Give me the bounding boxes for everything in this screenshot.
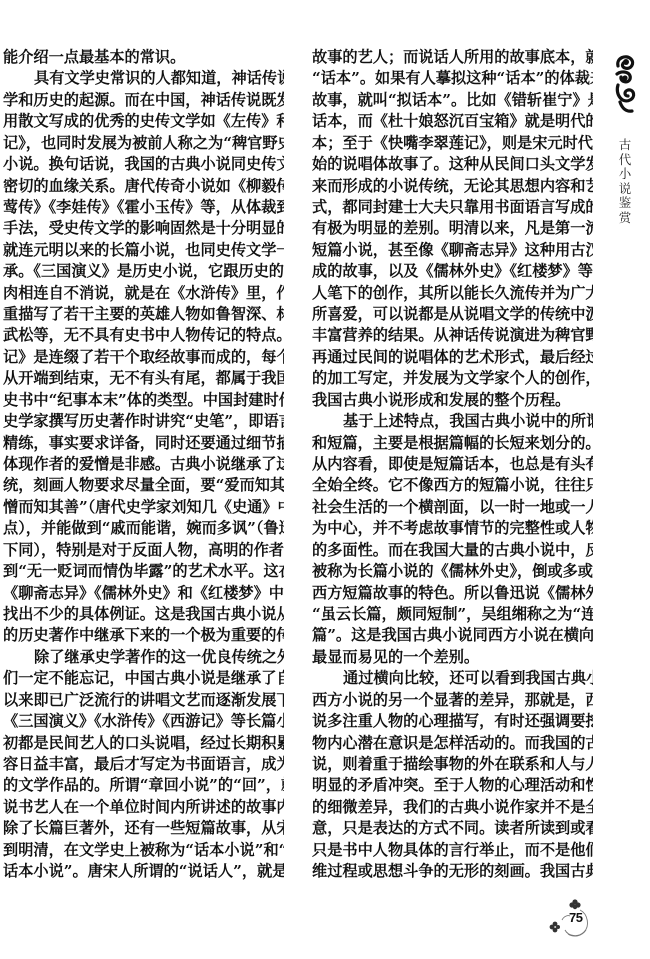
text-line: 们一定不能忘记，中国古典小说是继承了自唐宋 bbox=[3, 668, 284, 689]
page-number-ornament: 75 bbox=[548, 898, 598, 940]
text-line: 式，都同封建士大夫只靠用书面语言写成的作品 bbox=[312, 197, 593, 218]
text-line: 找出不少的具体例证。这是我国古典小说从优秀 bbox=[3, 604, 284, 625]
text-line: 莺传》《李娃传》《霍小玉传》等，从体裁到表现 bbox=[3, 197, 284, 218]
text-line: 本；至于《快嘴李翠莲记》，则是宋元时代比较原 bbox=[312, 133, 593, 154]
text-line: 下同），特别是对于反面人物，高明的作者更要达 bbox=[3, 540, 284, 561]
text-line: 有极为明显的差别。明清以来，凡是第一流的长 bbox=[312, 218, 593, 239]
text-line: 容日益丰富，最后才写定为书面语言，成为杰出 bbox=[3, 754, 284, 775]
text-line: 到“无一贬词而情伪毕露”的艺术水平。这在 bbox=[3, 561, 284, 582]
text-line: 西方短篇故事的特色。所以鲁迅说《儒林外史》 bbox=[312, 583, 593, 604]
text-line: 除了继承史学著作的这一优良传统之外，我 bbox=[3, 647, 284, 668]
text-line: 憎而知其善”（唐代史学家刘知几《史通》中的观 bbox=[3, 497, 284, 518]
text-line: 所喜爱，可以说都是从说唱文学的传统中汲取了 bbox=[312, 304, 593, 325]
text-line: 社会生活的一个横剖面，以一时一地或一人一事 bbox=[312, 497, 593, 518]
text-line: 以来即已广泛流行的讲唱文艺而逐渐发展下来的。 bbox=[3, 690, 284, 711]
text-line: 具有文学史常识的人都知道，神话传说是文 bbox=[3, 68, 284, 89]
text-line: 丰富营养的结果。从神话传说演进为稗官野史， bbox=[312, 325, 593, 346]
text-line: 说，则着重于描绘事物的外在联系和人与人比较 bbox=[312, 754, 593, 775]
scroll-ornament-icon bbox=[612, 52, 638, 114]
text-line: 西方小说的另一个显著的差异，那就是，西方小 bbox=[312, 690, 593, 711]
text-line: 的历史著作中继承下来的一个极为重要的传统。 bbox=[3, 625, 284, 646]
text-line: 话本小说”。唐宋人所谓的“说话人”，就是指讲 bbox=[3, 861, 284, 882]
text-line: 体现作者的爱憎是非感。古典小说继承了这一传 bbox=[3, 454, 284, 475]
text-line: 篇”。这是我国古典小说同西方小说在横向比较时 bbox=[312, 625, 593, 646]
text-line: 除了长篇巨著外，还有一些短篇故事，从宋元直 bbox=[3, 818, 284, 839]
text-line: 物内心潜在意识是怎样活动的。而我国的古典小 bbox=[312, 733, 593, 754]
text-line: 的细微差异，我们的古典小说作家并不是全不注 bbox=[312, 797, 593, 818]
text-line: 基于上述特点，我国古典小说中的所谓长篇 bbox=[312, 411, 593, 432]
text-line: 说书艺人在一个单位时间内所讲述的故事内容。 bbox=[3, 797, 284, 818]
text-line: 只是书中人物具体的言行举止，而不是他们的思 bbox=[312, 840, 593, 861]
text-line: 初都是民间艺人的口头说唱，经过长期积累而内 bbox=[3, 733, 284, 754]
text-line: 从开端到结束，无不有头有尾，都属于我国传统 bbox=[3, 368, 284, 389]
text-line: 最显而易见的一个差别。 bbox=[312, 647, 593, 668]
text-line: 的加工写定，并发展为文学家个人的创作，就是 bbox=[312, 368, 593, 389]
text-line: 武松等，无不具有史书中人物传记的特点。《西游 bbox=[3, 325, 284, 346]
text-line: 小说。换句话说，我国的古典小说同史传文学有 bbox=[3, 154, 284, 175]
text-line: 承。《三国演义》是历史小说，它跟历史的关系血 bbox=[3, 261, 284, 282]
text-line: 统，刻画人物要求尽量全面，要“爱而知其恶， bbox=[3, 475, 284, 496]
text-line: 通过横向比较，还可以看到我国古典小说同 bbox=[312, 668, 593, 689]
text-line: 记》是连缀了若干个取经故事而成的，每个故事 bbox=[3, 347, 284, 368]
text-line: 点），并能做到“戚而能谐，婉而多讽”（鲁迅语， bbox=[3, 518, 284, 539]
text-line: 再通过民间的说唱体的艺术形式，最后经过文人 bbox=[312, 347, 593, 368]
text-line: 记》，也同时发展为被前人称之为“稗官野史”的 bbox=[3, 133, 284, 154]
text-line: “话本”。如果有人摹拟这种“话本”的体裁来写 bbox=[312, 68, 593, 89]
text-line: 《聊斋志异》《儒林外史》和《红楼梦》中都可以 bbox=[3, 583, 284, 604]
text-line: 和短篇，主要是根据篇幅的长短来划分的。如果 bbox=[312, 433, 593, 454]
text-line: 能介绍一点最基本的常识。 bbox=[3, 47, 284, 68]
text-line: 重描写了若干主要的英雄人物如鲁智深、林冲、 bbox=[3, 304, 284, 325]
page-number: 75 bbox=[569, 910, 582, 925]
text-line: 就连元明以来的长篇小说，也同史传文学一脉相 bbox=[3, 240, 284, 261]
text-line: 意，只是表达的方式不同。读者所读到或看到的 bbox=[312, 818, 593, 839]
text-line: 《三国演义》《水浒传》《西游记》等长篇小说，最 bbox=[3, 711, 284, 732]
text-line: 到明清，在文学史上被称为“话本小说”和“拟 bbox=[3, 840, 284, 861]
text-line: 密切的血缘关系。唐代传奇小说如《柳毅传》《莺 bbox=[3, 176, 284, 197]
right-text-column: 故事的艺人；而说话人所用的故事底本，就叫“话本”。如果有人摹拟这种“话本”的体裁… bbox=[312, 47, 593, 882]
text-line: 我国古典小说形成和发展的整个历程。 bbox=[312, 390, 593, 411]
text-line: 故事的艺人；而说话人所用的故事底本，就叫 bbox=[312, 47, 593, 68]
text-line: 为中心，并不考虑故事情节的完整性或人物性格 bbox=[312, 518, 593, 539]
text-line: 全始全终。它不像西方的短篇小说，往往只截取 bbox=[312, 475, 593, 496]
text-line: 维过程或思想斗争的无形的刻画。我国古典小说 bbox=[312, 861, 593, 882]
text-line: 学和历史的起源。而在中国，神话传说既发展为 bbox=[3, 90, 284, 111]
text-line: 史学家撰写历史著作时讲究“史笔”，即语言要求 bbox=[3, 411, 284, 432]
text-line: 精练，事实要求详备，同时还要通过细节描写来 bbox=[3, 433, 284, 454]
text-line: 故事，就叫“拟话本”。比如《错斩崔宁》是宋元 bbox=[312, 90, 593, 111]
text-line: 的多面性。而在我国大量的古典小说中，反而是 bbox=[312, 540, 593, 561]
text-line: 被称为长篇小说的《儒林外史》，倒或多或少具有 bbox=[312, 561, 593, 582]
text-line: 用散文写成的优秀的史传文学如《左传》和《史 bbox=[3, 111, 284, 132]
text-line: 人笔下的创作，其所以能长久流传并为广大读者 bbox=[312, 283, 593, 304]
text-line: 话本，而《杜十娘怒沉百宝箱》就是明代的拟话 bbox=[312, 111, 593, 132]
text-line: 明显的矛盾冲突。至于人物的心理活动和性格上 bbox=[312, 775, 593, 796]
text-line: 成的故事，以及《儒林外史》《红楼梦》等纯属文 bbox=[312, 261, 593, 282]
text-line: 来而形成的小说传统，无论其思想内容和艺术形 bbox=[312, 176, 593, 197]
side-section-label: 古代小说鉴赏 bbox=[617, 138, 633, 225]
text-line: 始的说唱体故事了。这种从民间口头文学发展过 bbox=[312, 154, 593, 175]
left-text-column: 能介绍一点最基本的常识。具有文学史常识的人都知道，神话传说是文学和历史的起源。而… bbox=[3, 47, 284, 882]
text-line: 说多注重人物的心理描写，有时还强调要挖掘人 bbox=[312, 711, 593, 732]
text-line: “虽云长篇，颇同短制”，吴组缃称之为“连环短 bbox=[312, 604, 593, 625]
text-line: 短篇小说，甚至像《聊斋志异》这种用古汉语写 bbox=[312, 240, 593, 261]
text-line: 史书中“纪事本末”体的类型。中国封建时代的 bbox=[3, 390, 284, 411]
text-line: 从内容看，即使是短篇话本，也总是有头有尾， bbox=[312, 454, 593, 475]
text-line: 肉相连自不消说，就是在《水浒传》里，作者着 bbox=[3, 283, 284, 304]
text-line: 手法，受史传文学的影响固然是十分明显的了； bbox=[3, 218, 284, 239]
text-line: 的文学作品的。所谓“章回小说”的“回”，就是 bbox=[3, 775, 284, 796]
